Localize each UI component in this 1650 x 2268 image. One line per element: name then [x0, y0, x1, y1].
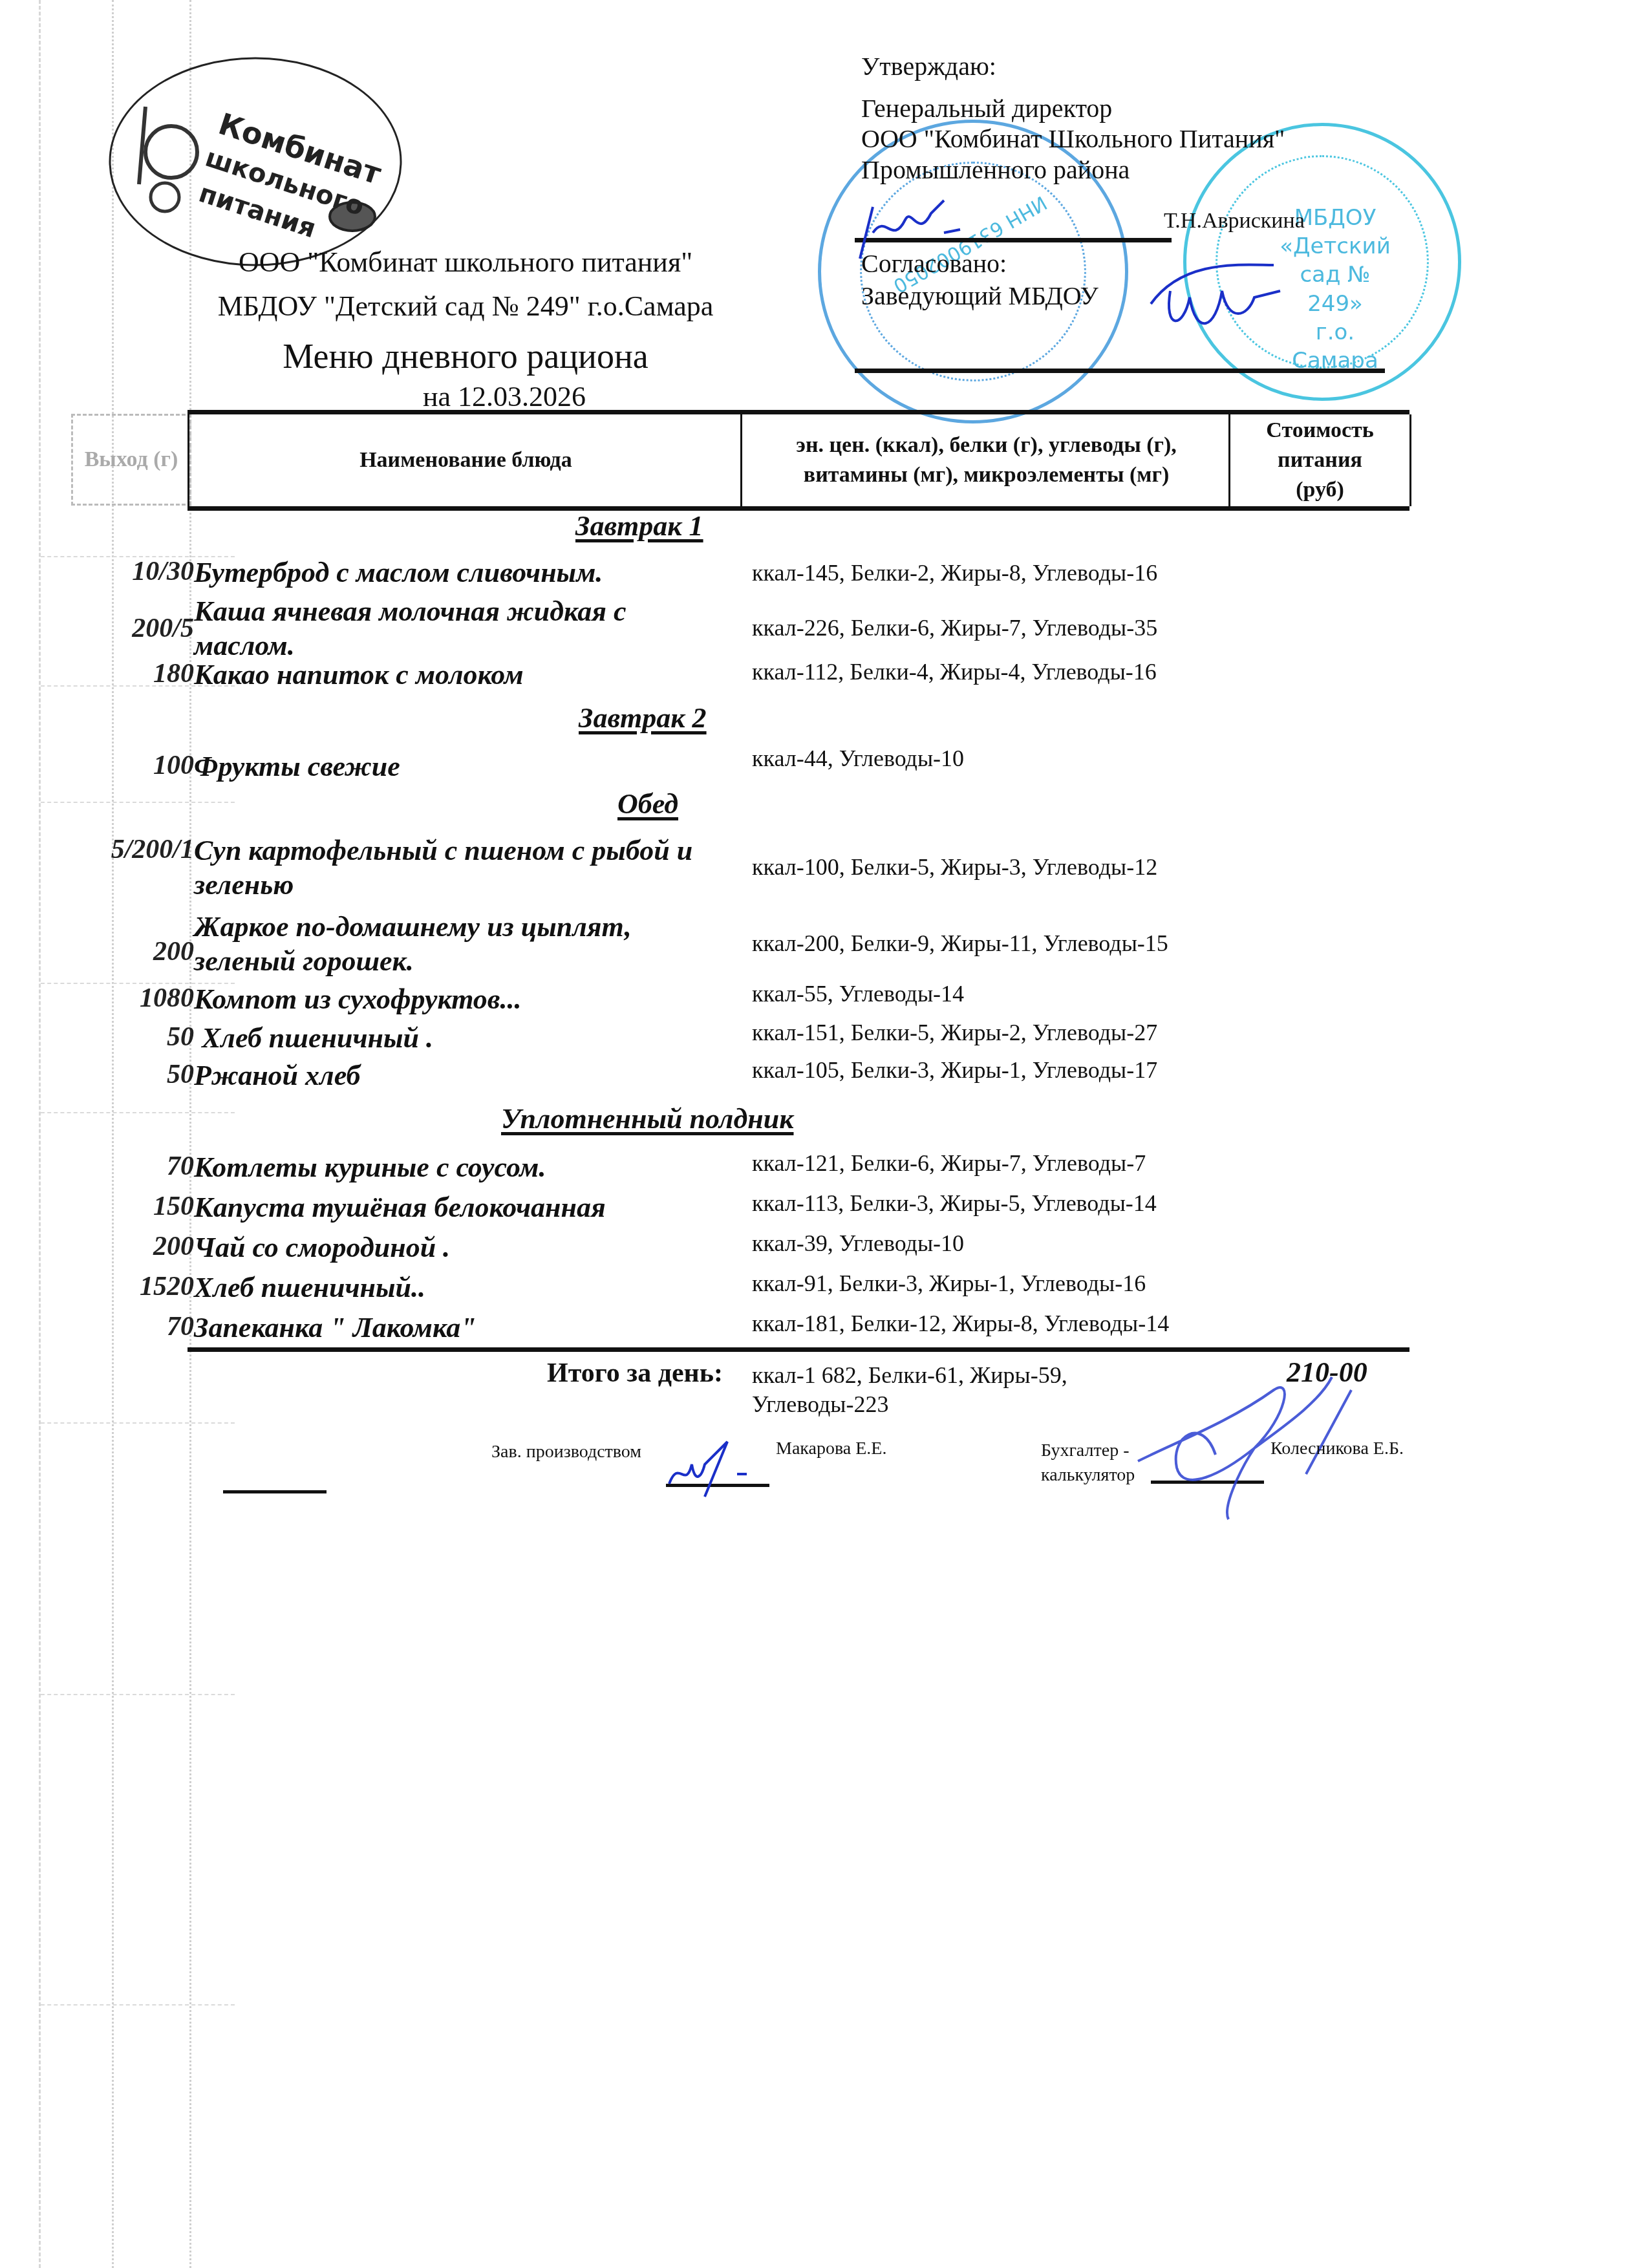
approver-position-3: Промышленного района	[861, 155, 1130, 185]
dish-name: Каша ячневая молочная жидкая с маслом.	[194, 595, 685, 663]
ghost-column-line	[112, 0, 114, 2268]
table-bottom-rule	[187, 1347, 1409, 1352]
dish-yield: 1520	[78, 1271, 194, 1302]
supplier-name: ООО "Комбинат школьного питания"	[181, 246, 750, 279]
accountant-label: Бухгалтер - калькулятор	[1041, 1439, 1135, 1488]
dish-yield: 180	[78, 658, 194, 689]
dish-name: Запеканка " Лакомка"	[194, 1311, 744, 1345]
nutrition-header-line: эн. цен. (ккал), белки (г), углеводы (г)…	[796, 431, 1177, 460]
dish-nutrition: ккал-91, Белки-3, Жиры-1, Углеводы-16	[752, 1270, 1146, 1297]
column-header-yield: Выход (г)	[71, 414, 191, 506]
dish-name: Суп картофельный с пшеном с рыбой и зеле…	[194, 834, 737, 903]
dish-name: Какао напиток с молоком	[194, 658, 744, 692]
head-signature	[1144, 252, 1293, 349]
dish-name: Чай со смородиной .	[194, 1231, 744, 1265]
approver-name: Т.Н.Аврискина	[1164, 208, 1305, 233]
agreed-position: Заведующий МБДОУ	[861, 281, 1098, 311]
dish-yield: 1080	[78, 983, 194, 1014]
cost-header-line: питания	[1266, 445, 1373, 475]
company-logo: Комбинат школьного питания	[74, 55, 436, 268]
approve-label: Утверждаю:	[861, 52, 996, 81]
accountant-name: Колесникова Е.Б.	[1270, 1439, 1404, 1459]
ghost-row-line	[41, 802, 235, 803]
dish-nutrition: ккал-200, Белки-9, Жиры-11, Углеводы-15	[752, 930, 1168, 957]
chef-with-bowl-logo-icon: Комбинат школьного питания	[74, 55, 436, 268]
cost-header-line: Стоимость	[1266, 416, 1373, 445]
dish-yield: 50	[78, 1059, 194, 1090]
accountant-label-line: калькулятор	[1041, 1463, 1135, 1488]
section-breakfast-1: Завтрак 1	[575, 509, 703, 542]
total-label: Итого за день:	[547, 1358, 723, 1389]
ghost-row-line	[41, 1112, 235, 1113]
dish-nutrition: ккал-226, Белки-6, Жиры-7, Углеводы-35	[752, 614, 1157, 641]
production-manager-signature	[666, 1439, 763, 1503]
dish-name: Хлеб пшеничный .	[202, 1022, 751, 1056]
dish-nutrition: ккал-113, Белки-3, Жиры-5, Углеводы-14	[752, 1190, 1157, 1217]
dish-nutrition: ккал-44, Углеводы-10	[752, 745, 964, 772]
dish-nutrition: ккал-145, Белки-2, Жиры-8, Углеводы-16	[752, 559, 1157, 586]
ghost-row-line	[41, 1694, 235, 1695]
ghost-row-line	[41, 2004, 235, 2006]
dish-nutrition: ккал-100, Белки-5, Жиры-3, Углеводы-12	[752, 853, 1157, 881]
dish-yield: 200	[78, 1231, 194, 1262]
dish-nutrition: ккал-39, Углеводы-10	[752, 1230, 964, 1257]
section-afternoon-snack: Уплотненный полдник	[501, 1102, 793, 1135]
section-lunch: Обед	[617, 787, 678, 820]
dish-yield: 70	[78, 1151, 194, 1182]
column-header-dish-name: Наименование блюда	[187, 414, 742, 506]
column-header-cost: Стоимость питания (руб)	[1228, 414, 1411, 506]
dish-nutrition: ккал-112, Белки-4, Жиры-4, Углеводы-16	[752, 658, 1157, 685]
ghost-row-line	[41, 1422, 235, 1424]
dish-name: Ржаной хлеб	[194, 1059, 744, 1093]
blank-signature-line	[223, 1490, 327, 1493]
dish-name: Капуста тушёная белокочанная	[194, 1191, 744, 1225]
dish-nutrition: ккал-151, Белки-5, Жиры-2, Углеводы-27	[752, 1019, 1157, 1046]
column-header-nutrition: эн. цен. (ккал), белки (г), углеводы (г)…	[740, 414, 1230, 506]
dish-name: Бутерброд с маслом сливочным.	[194, 556, 744, 590]
nutrition-header-line: витамины (мг), микроэлементы (мг)	[796, 460, 1177, 490]
director-signature	[847, 194, 976, 265]
menu-date: на 12.03.2026	[272, 380, 737, 413]
dish-yield: 100	[78, 750, 194, 781]
dish-yield: 200/5	[78, 613, 194, 644]
production-manager-label: Зав. производством	[491, 1442, 641, 1462]
approver-position-1: Генеральный директор	[861, 94, 1112, 123]
cost-header-line: (руб)	[1266, 475, 1373, 505]
dish-name: Жаркое по-домашнему из цыплят, зеленый г…	[194, 910, 685, 979]
dish-name: Хлеб пшеничный..	[194, 1271, 744, 1305]
dish-nutrition: ккал-181, Белки-12, Жиры-8, Углеводы-14	[752, 1310, 1169, 1337]
dish-name: Котлеты куриные с соусом.	[194, 1151, 744, 1185]
dish-yield: 5/200/1	[78, 834, 194, 865]
dish-name: Компот из сухофруктов...	[194, 983, 744, 1017]
document-title: Меню дневного рациона	[181, 336, 750, 376]
dish-nutrition: ккал-55, Углеводы-14	[752, 980, 964, 1007]
client-name: МБДОУ "Детский сад № 249" г.о.Самара	[181, 290, 750, 323]
accountant-label-line: Бухгалтер -	[1041, 1439, 1135, 1463]
dish-yield: 70	[78, 1311, 194, 1342]
dish-name: Фрукты свежие	[194, 750, 744, 784]
agreed-signature-line	[855, 369, 1385, 373]
approver-position-2: ООО "Комбинат Школьного Питания"	[861, 124, 1285, 154]
dish-yield: 10/30	[78, 556, 194, 587]
table-header: Наименование блюда эн. цен. (ккал), белк…	[187, 410, 1409, 511]
dish-yield: 50	[78, 1022, 194, 1053]
dish-yield: 150	[78, 1191, 194, 1222]
dish-yield: 200	[78, 936, 194, 967]
production-manager-name: Макарова Е.Е.	[776, 1439, 886, 1459]
dish-nutrition: ккал-121, Белки-6, Жиры-7, Углеводы-7	[752, 1150, 1146, 1177]
section-breakfast-2: Завтрак 2	[579, 701, 707, 734]
dish-nutrition: ккал-105, Белки-3, Жиры-1, Углеводы-17	[752, 1056, 1157, 1084]
